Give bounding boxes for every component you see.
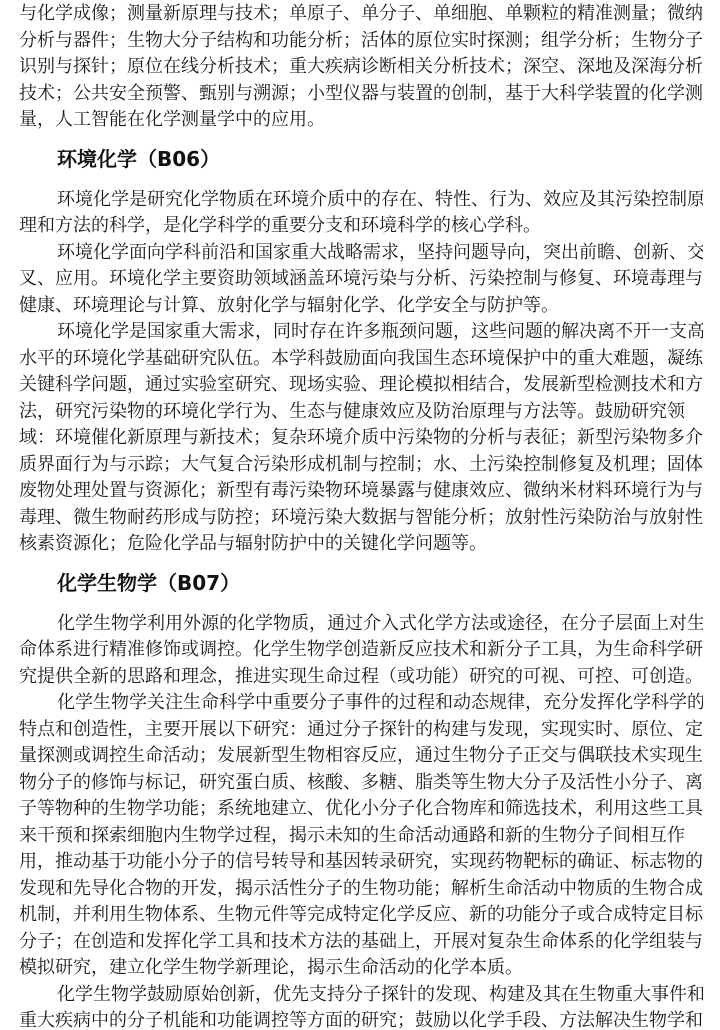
text-line: 量探测或调控生命活动；发展新型生物相容反应，通过生物分子正交与偶联技术实现生 — [19, 742, 703, 769]
paragraph-b07-encouraged-directions: 化学生物学鼓励原始创新，优先支持分子探针的发现、构建及其在生物重大事件和重大疾病… — [19, 981, 703, 1030]
text-line: 模拟研究，建立化学生物学新理论，揭示生命活动的化学本质。 — [19, 954, 703, 981]
paragraph-b06-definition: 环境化学是研究化学物质在环境介质中的存在、特性、行为、效应及其污染控制原理和方法… — [19, 186, 703, 239]
document-body: 与化学成像；测量新原理与技术；单原子、单分子、单细胞、单颗粒的精准测量；微纳分析… — [19, 0, 703, 1030]
text-line: 量，人工智能在化学测量学中的应用。 — [19, 106, 703, 133]
text-line: 化学生物学关注生命科学中重要分子事件的过程和动态规律，充分发挥化学科学的 — [19, 689, 703, 716]
text-line: 核素资源化；危险化学品与辐射防护中的关键化学问题等。 — [19, 530, 703, 557]
text-line: 命体系进行精准修饰或调控。化学生物学创造新反应技术和新分子工具，为生命科学研 — [19, 636, 703, 663]
text-line: 发现和先导化合物的开发，揭示活性分子的生物功能；解析生命活动中物质的生物合成 — [19, 875, 703, 902]
text-line: 域：环境催化新原理与新技术；复杂环境介质中污染物的分析与表征；新型污染物多介 — [19, 424, 703, 451]
text-line: 水平的环境化学基础研究队伍。本学科鼓励面向我国生态环境保护中的重大难题，凝练 — [19, 345, 703, 372]
paragraph-b07-definition: 化学生物学利用外源的化学物质，通过介入式化学方法或途径，在分子层面上对生命体系进… — [19, 610, 703, 690]
text-line: 化学生物学利用外源的化学物质，通过介入式化学方法或途径，在分子层面上对生 — [19, 610, 703, 637]
text-line: 废物处理处置与资源化；新型有毒污染物环境暴露与健康效应、微纳米材料环境行为与 — [19, 477, 703, 504]
text-line: 关键科学问题，通过实验室研究、现场实验、理论模拟相结合，发展新型检测技术和方 — [19, 371, 703, 398]
text-line: 环境化学是研究化学物质在环境介质中的存在、特性、行为、效应及其污染控制原 — [19, 186, 703, 213]
text-line: 质界面行为与示踪；大气复合污染形成机制与控制；水、土污染控制修复及机理；固体 — [19, 451, 703, 478]
text-line: 机制，并利用生物体系、生物元件等完成特定化学反应、新的功能分子或合成特定目标 — [19, 901, 703, 928]
text-line: 叉、应用。环境化学主要资助领域涵盖环境污染与分析、污染控制与修复、环境毒理与 — [19, 265, 703, 292]
text-line: 究提供全新的思路和理念，推进实现生命过程（或功能）研究的可视、可控、可创造。 — [19, 663, 703, 690]
text-line: 化学生物学鼓励原始创新，优先支持分子探针的发现、构建及其在生物重大事件和 — [19, 981, 703, 1008]
text-line: 理和方法的科学，是化学科学的重要分支和环境科学的核心学科。 — [19, 212, 703, 239]
text-line: 分析与器件；生物大分子结构和功能分析；活体的原位实时探测；组学分析；生物分子 — [19, 27, 703, 54]
paragraph-b06-scope: 环境化学面向学科前沿和国家重大战略需求，坚持问题导向，突出前瞻、创新、交叉、应用… — [19, 239, 703, 319]
text-line: 特点和创造性，主要开展以下研究：通过分子探针的构建与发现，实现实时、原位、定 — [19, 716, 703, 743]
text-line: 环境化学面向学科前沿和国家重大战略需求，坚持问题导向，突出前瞻、创新、交 — [19, 239, 703, 266]
section-heading-b06: 环境化学（B06） — [19, 146, 703, 173]
text-line: 与化学成像；测量新原理与技术；单原子、单分子、单细胞、单颗粒的精准测量；微纳 — [19, 0, 703, 27]
paragraph-b06-encouraged-areas: 环境化学是国家重大需求，同时存在许多瓶颈问题，这些问题的解决离不开一支高水平的环… — [19, 318, 703, 557]
text-line: 分子；在创造和发挥化学工具和技术方法的基础上，开展对复杂生命体系的化学组装与 — [19, 928, 703, 955]
text-line: 重大疾病中的分子机能和功能调控等方面的研究；鼓励以化学手段、方法解决生物学和 — [19, 1007, 703, 1030]
text-line: 物分子的修饰与标记，研究蛋白质、核酸、多糖、脂类等生物大分子及活性小分子、离 — [19, 769, 703, 796]
text-line: 用，推动基于功能小分子的信号转导和基因转录研究，实现药物靶标的确证、标志物的 — [19, 848, 703, 875]
text-line: 子等物种的生物学功能；系统地建立、优化小分子化合物库和筛选技术，利用这些工具 — [19, 795, 703, 822]
text-line: 毒理、微生物耐药形成与防控；环境污染大数据与智能分析；放射性污染防治与放射性 — [19, 504, 703, 531]
text-line: 来干预和探索细胞内生物学过程，揭示未知的生命活动通路和新的生物分子间相互作 — [19, 822, 703, 849]
paragraph-chemical-measurement-continued: 与化学成像；测量新原理与技术；单原子、单分子、单细胞、单颗粒的精准测量；微纳分析… — [19, 0, 703, 133]
text-line: 识别与探针；原位在线分析技术；重大疾病诊断相关分析技术；深空、深地及深海分析 — [19, 53, 703, 80]
document-page: 与化学成像；测量新原理与技术；单原子、单分子、单细胞、单颗粒的精准测量；微纳分析… — [0, 0, 720, 1030]
text-line: 技术；公共安全预警、甄别与溯源；小型仪器与装置的创制，基于大科学装置的化学测 — [19, 80, 703, 107]
paragraph-b07-research-content: 化学生物学关注生命科学中重要分子事件的过程和动态规律，充分发挥化学科学的特点和创… — [19, 689, 703, 981]
text-line: 环境化学是国家重大需求，同时存在许多瓶颈问题，这些问题的解决离不开一支高 — [19, 318, 703, 345]
section-heading-b07: 化学生物学（B07） — [19, 570, 703, 597]
text-line: 健康、环境理论与计算、放射化学与辐射化学、化学安全与防护等。 — [19, 292, 703, 319]
text-line: 法，研究污染物的环境化学行为、生态与健康效应及防治原理与方法等。鼓励研究领 — [19, 398, 703, 425]
